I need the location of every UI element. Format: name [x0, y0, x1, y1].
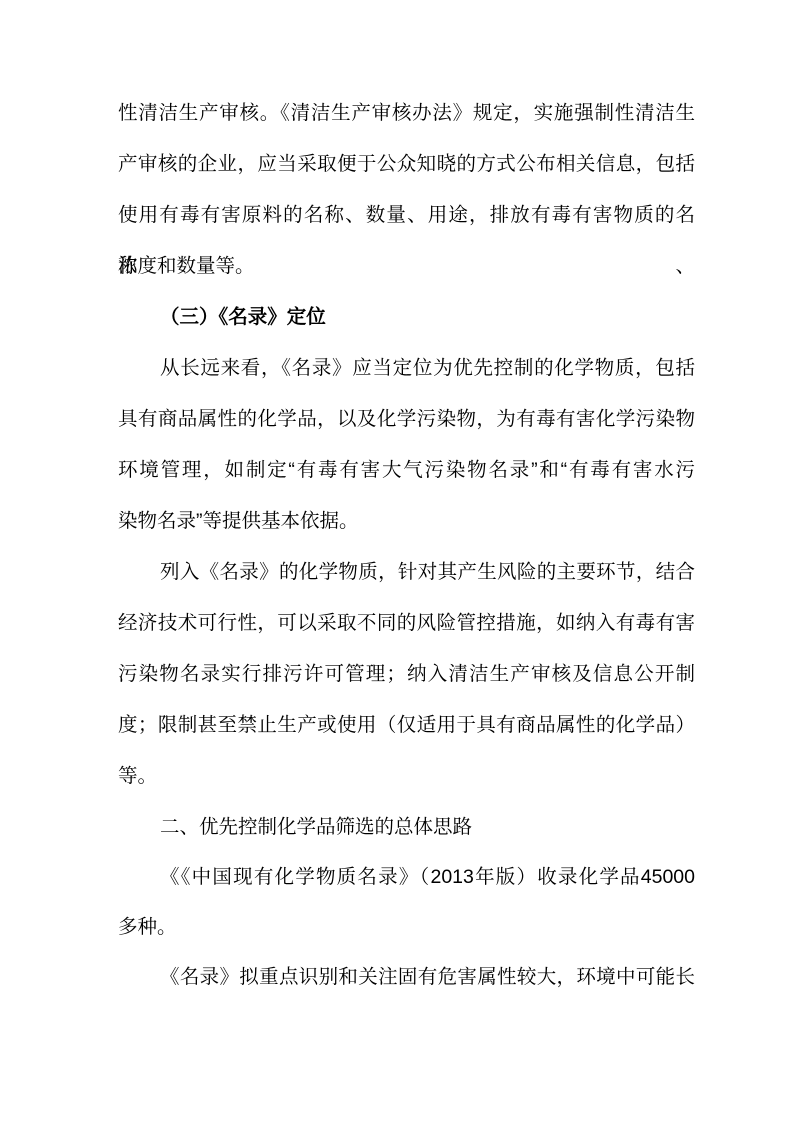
body-text-line: 《名录》拟重点识别和关注固有危害属性较大，环境中可能长	[118, 952, 695, 1002]
section-heading-2: 二、优先控制化学品筛选的总体思路	[118, 802, 695, 852]
body-text-line: 染物名录”等提供基本依据。	[118, 496, 695, 547]
body-text-line: 使用有毒有害原料的名称、数量、用途，排放有毒有害物质的名称、	[118, 190, 695, 241]
body-text-line: 性清洁生产审核。《清洁生产审核办法》规定，实施强制性清洁生	[118, 88, 695, 139]
body-text-line: 经济技术可行性，可以采取不同的风险管控措施，如纳入有毒有害	[118, 598, 695, 649]
body-text-line: 环境管理，如制定“有毒有害大气污染物名录”和“有毒有害水污	[118, 445, 695, 496]
body-text-line: 产审核的企业，应当采取便于公众知晓的方式公布相关信息，包括	[118, 139, 695, 190]
section-heading-3: （三）《名录》定位	[118, 292, 695, 343]
body-text-line: 多种。	[118, 902, 695, 952]
body-text-line: 具有商品属性的化学品，以及化学污染物，为有毒有害化学污染物	[118, 394, 695, 445]
body-text-line: 从长远来看，《名录》应当定位为优先控制的化学物质，包括	[118, 343, 695, 394]
body-text-line: 等。	[118, 751, 695, 802]
body-text-line: 《《中国现有化学物质名录》（2013年版）收录化学品45000	[118, 852, 695, 902]
body-text-line: 污染物名录实行排污许可管理；纳入清洁生产审核及信息公开制	[118, 649, 695, 700]
document-page: 性清洁生产审核。《清洁生产审核办法》规定，实施强制性清洁生 产审核的企业，应当采…	[0, 0, 793, 1122]
body-text-line: 列入《名录》的化学物质，针对其产生风险的主要环节，结合	[118, 547, 695, 598]
body-text-line: 度；限制甚至禁止生产或使用（仅适用于具有商品属性的化学品）	[118, 700, 695, 751]
